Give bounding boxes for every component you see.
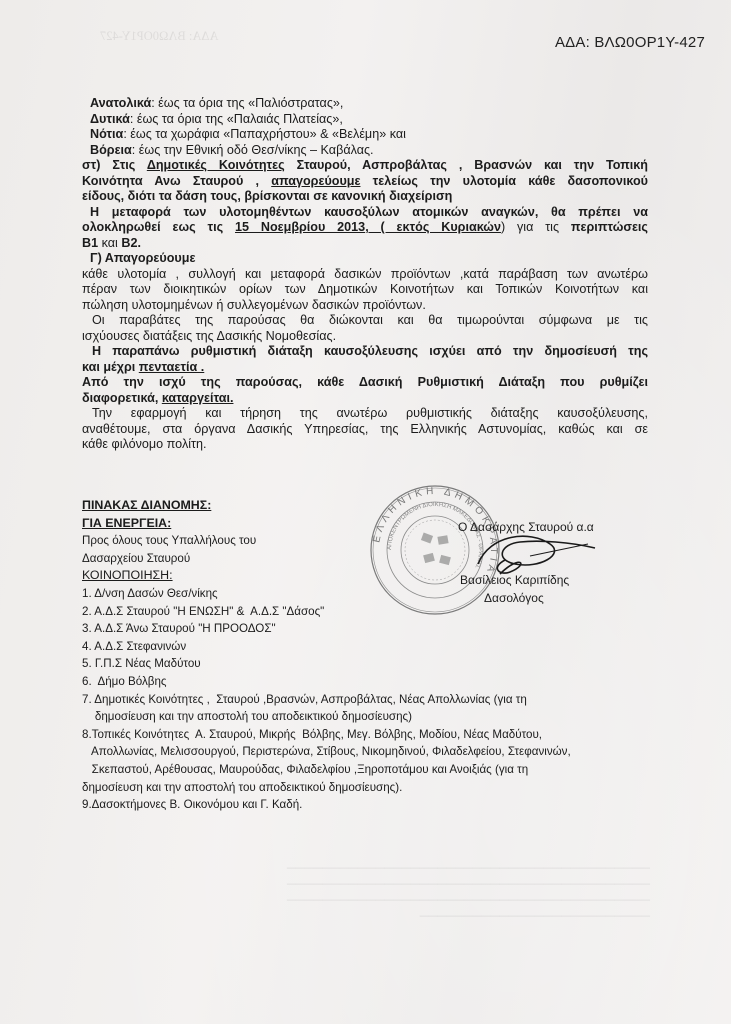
distribution-item: 8.Τοπικές Κοινότητες Α. Σταυρού, Μικρής … <box>82 726 662 744</box>
transport-line-2: ολοκληρωθεί εως τις 15 Νοεμβρίου 2013, (… <box>82 220 648 236</box>
distribution-item: 5. Γ.Π.Σ Νέας Μαδύτου <box>82 655 662 673</box>
repeal-line-1: Από την ισχύ της παρούσας, κάθε Δασική Ρ… <box>82 375 648 391</box>
section-st: στ) Στις Δημοτικές Κοινότητες Σταυρού, Α… <box>82 158 648 174</box>
section-g-line-1: κάθε υλοτομία , συλλογή και μεταφορά δασ… <box>82 267 648 283</box>
violators-line-1: Οι παραβάτες της παρούσας θα διώκονται κ… <box>82 313 648 329</box>
distribution-item: 3. Α.Δ.Σ Άνω Σταυρού "Η ΠΡΟΟΔΟΣ" <box>82 620 662 638</box>
distribution-item: δημοσίευση και την αποστολή του αποδεικτ… <box>82 708 662 726</box>
enforcement-line-1: Την εφαρμογή και τήρηση της ανωτέρω ρυθμ… <box>82 406 648 422</box>
signatory-role: Δασολόγος <box>484 591 544 605</box>
distribution-item: Απολλωνίας, Μελισσουργού, Περιστερώνα, Σ… <box>82 743 662 761</box>
section-g-heading: Γ) Απαγορεύουμε <box>82 251 648 267</box>
distribution-item: 4. Α.Δ.Σ Στεφανινών <box>82 638 662 656</box>
distribution-item: 6. Δήμο Βόλβης <box>82 673 662 691</box>
distribution-item: δημοσίευση και την αποστολή του αποδεικτ… <box>82 779 662 797</box>
border-west: Δυτικά: έως τα όρια της «Παλαιάς Πλατεία… <box>82 112 648 128</box>
section-g-line-3: πώληση υλοτομημένων ή συλλεγομένων δασικ… <box>82 298 648 314</box>
distribution-list: 1. Δ/νση Δασών Θεσ/νίκης2. Α.Δ.Σ Σταυρού… <box>82 585 662 814</box>
section-g-line-2: πέραν των διοικητικών ορίων των Δημοτικώ… <box>82 282 648 298</box>
validity-line-1: Η παραπάνω ρυθμιστική διάταξη καυσοξύλευ… <box>82 344 648 360</box>
svg-text:ΑΠΟΚΕΝΤΡΩΜΕΝΗ ΔΙΟΙΚΗΣΗ ΜΑΚΕΔΟΝ: ΑΠΟΚΕΝΤΡΩΜΕΝΗ ΔΙΟΙΚΗΣΗ ΜΑΚΕΔΟΝΙΑΣ - ΘΡΑΚ… <box>387 502 483 569</box>
transport-line-1: Η μεταφορά των υλοτομηθέντων καυσοξύλων … <box>82 205 648 221</box>
distribution-item: Σκεπαστού, Αρέθουσας, Μαυρούδας, Φιλαδελ… <box>82 761 662 779</box>
border-east: Ανατολικά: έως τα όρια της «Παλιόστρατας… <box>82 96 648 112</box>
section-st-line-2: Κοινότητα Ανω Σταυρού , απαγορεύουμε τελ… <box>82 174 648 190</box>
section-st-line-3: είδους, διότι τα δάση τους, βρίσκονται σ… <box>82 189 648 205</box>
distribution-item: 9.Δασοκτήμονες Β. Οικονόμου και Γ. Καδή. <box>82 796 662 814</box>
border-south: Νότια: έως τα χωράφια «Παπαχρήστου» & «Β… <box>82 127 648 143</box>
violators-line-2: ισχύουσες διατάξεις της Δασικής Νομοθεσί… <box>82 329 648 345</box>
border-north: Βόρεια: έως την Εθνική οδό Θεσ/νίκης – Κ… <box>82 143 648 159</box>
transport-line-3: Β1 και Β2. <box>82 236 648 252</box>
bleed-through-text: ΑΔΑ: ΒΛΩ0ΟΡ1Υ-427 <box>100 28 218 44</box>
enforcement-line-3: κάθε φιλόνομο πολίτη. <box>82 437 648 453</box>
validity-line-2: και μέχρι πενταετία . <box>82 360 648 376</box>
distribution-item: 7. Δημοτικές Κοινότητες , Σταυρού ,Βρασν… <box>82 691 662 709</box>
repeal-line-2: διαφορετικά, καταργείται. <box>82 391 648 407</box>
borders-section: Ανατολικά: έως τα όρια της «Παλιόστρατας… <box>82 96 648 453</box>
bleed-through-text: ────────────────────────────────────────… <box>90 860 650 924</box>
enforcement-line-2: αναθέτουμε, στα όργανα Δασικής Υπηρεσίας… <box>82 422 648 438</box>
document-ada-code: ΑΔΑ: ΒΛΩ0ΟΡ1Υ-427 <box>555 34 705 51</box>
signatory-name: Βασίλειος Καριπίδης <box>460 573 569 587</box>
